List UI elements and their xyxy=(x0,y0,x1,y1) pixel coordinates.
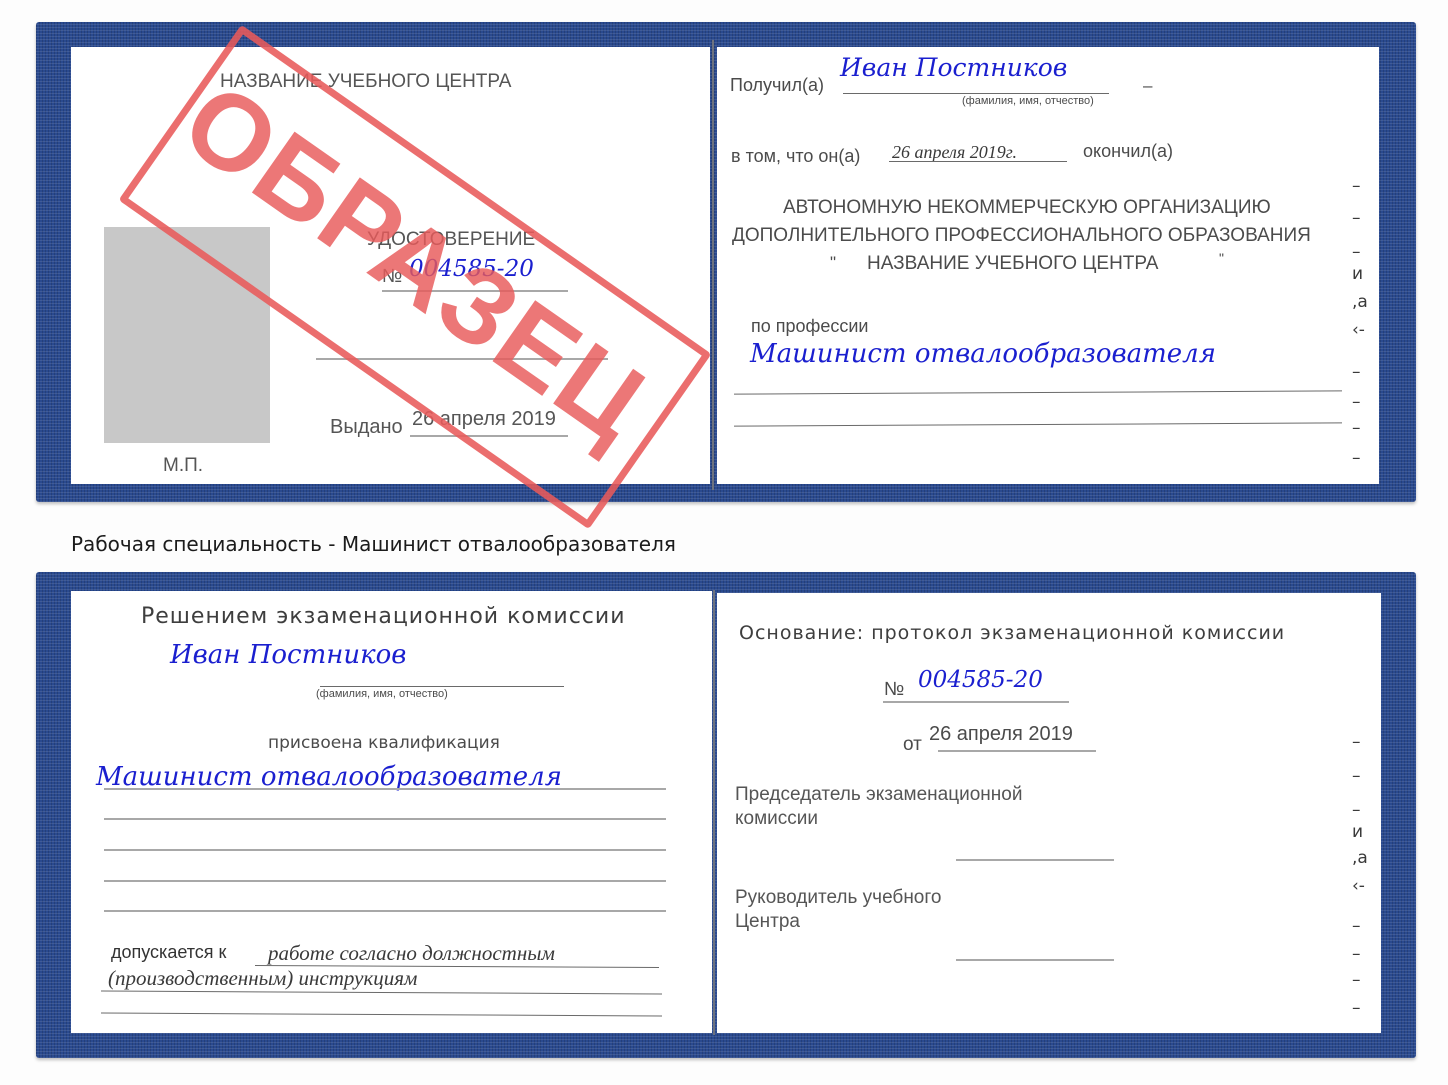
qualification-line-5 xyxy=(104,910,666,912)
decision-title: Решением экзаменационной комиссии xyxy=(141,604,626,629)
qualification-line-1 xyxy=(104,788,666,790)
qualification-label: присвоена квалификация xyxy=(268,733,500,753)
edge-mark: ‹- xyxy=(1352,320,1365,340)
that-date: 26 апреля 2019г. xyxy=(892,142,1017,163)
profession-label: по профессии xyxy=(751,316,868,337)
protocol-date-label: от xyxy=(903,734,922,756)
org-line-1: АВТОНОМНУЮ НЕКОММЕРЧЕСКУЮ ОРГАНИЗАЦИЮ xyxy=(783,197,1271,219)
edge-mark: ‹- xyxy=(1352,876,1365,896)
edge-mark: – xyxy=(1352,176,1361,196)
person-fio-hint: (фамилия, имя, отчество) xyxy=(316,688,448,700)
org-line-3: НАЗВАНИЕ УЧЕБНОГО ЦЕНТРА xyxy=(867,253,1159,275)
admitted-label: допускается к xyxy=(111,942,226,963)
qualification-line-4 xyxy=(104,880,666,882)
admitted-text-line-2: (производственным) инструкциям xyxy=(108,966,417,991)
edge-mark: – xyxy=(1352,242,1361,262)
received-label: Получил(а) xyxy=(730,75,824,96)
finished-label: окончил(а) xyxy=(1083,141,1173,162)
edge-mark: – xyxy=(1352,208,1361,228)
chairman-label-line-2: комиссии xyxy=(735,808,818,830)
that-label: в том, что он(а) xyxy=(731,146,860,167)
received-name: Иван Постников xyxy=(840,53,1067,82)
chairman-signature-line[interactable] xyxy=(956,859,1114,861)
protocol-number-value: 004585-20 xyxy=(918,667,1043,693)
bottom-spine xyxy=(713,590,715,1035)
issued-label: Выдано xyxy=(330,416,403,439)
edge-mark: – xyxy=(1352,362,1361,382)
edge-mark: – xyxy=(1352,998,1361,1018)
top-spine xyxy=(712,40,714,490)
person-name: Иван Постников xyxy=(170,640,406,670)
received-name-line xyxy=(843,93,1109,94)
qualification-line-2 xyxy=(104,818,666,820)
that-date-line xyxy=(889,161,1067,162)
edge-mark: – xyxy=(1352,766,1361,786)
protocol-date-value: 26 апреля 2019 xyxy=(929,723,1073,746)
edge-mark: – xyxy=(1352,392,1361,412)
chairman-label-line-1: Председатель экзаменационной xyxy=(735,784,1022,806)
person-name-line xyxy=(320,686,564,687)
protocol-date-line xyxy=(938,750,1096,752)
head-signature-line[interactable] xyxy=(956,959,1114,961)
edge-mark: – xyxy=(1352,916,1361,936)
protocol-number-line xyxy=(883,701,1069,703)
head-label-line-2: Центра xyxy=(735,911,800,933)
received-dash: – xyxy=(1143,76,1152,96)
qualification-line-3 xyxy=(104,849,666,851)
edge-mark: – xyxy=(1352,800,1361,820)
admitted-text-line-1: работе согласно должностным xyxy=(268,941,555,966)
head-label-line-1: Руководитель учебного xyxy=(735,887,941,909)
edge-mark: ,а xyxy=(1352,292,1368,312)
org-line-3-open-quote: " xyxy=(830,253,836,273)
profession-value: Машинист отвалообразователя xyxy=(750,339,1216,369)
org-line-2: ДОПОЛНИТЕЛЬНОГО ПРОФЕССИОНАЛЬНОГО ОБРАЗО… xyxy=(732,225,1311,247)
seal-label: М.П. xyxy=(163,455,203,477)
org-line-3-close-quote: " xyxy=(1219,250,1224,266)
basis-title: Основание: протокол экзаменационной коми… xyxy=(739,622,1285,644)
edge-mark: и xyxy=(1352,822,1363,842)
edge-mark: – xyxy=(1352,944,1361,964)
edge-mark: – xyxy=(1352,732,1361,752)
received-fio-hint: (фамилия, имя, отчество) xyxy=(962,95,1094,107)
edge-mark: – xyxy=(1352,448,1361,468)
protocol-number-label: № xyxy=(884,679,904,701)
edge-mark: и xyxy=(1352,264,1363,284)
edge-mark: – xyxy=(1352,418,1361,438)
edge-mark: ,а xyxy=(1352,848,1368,868)
specialty-caption: Рабочая специальность - Машинист отвалоо… xyxy=(71,532,676,556)
edge-mark: – xyxy=(1352,970,1361,990)
